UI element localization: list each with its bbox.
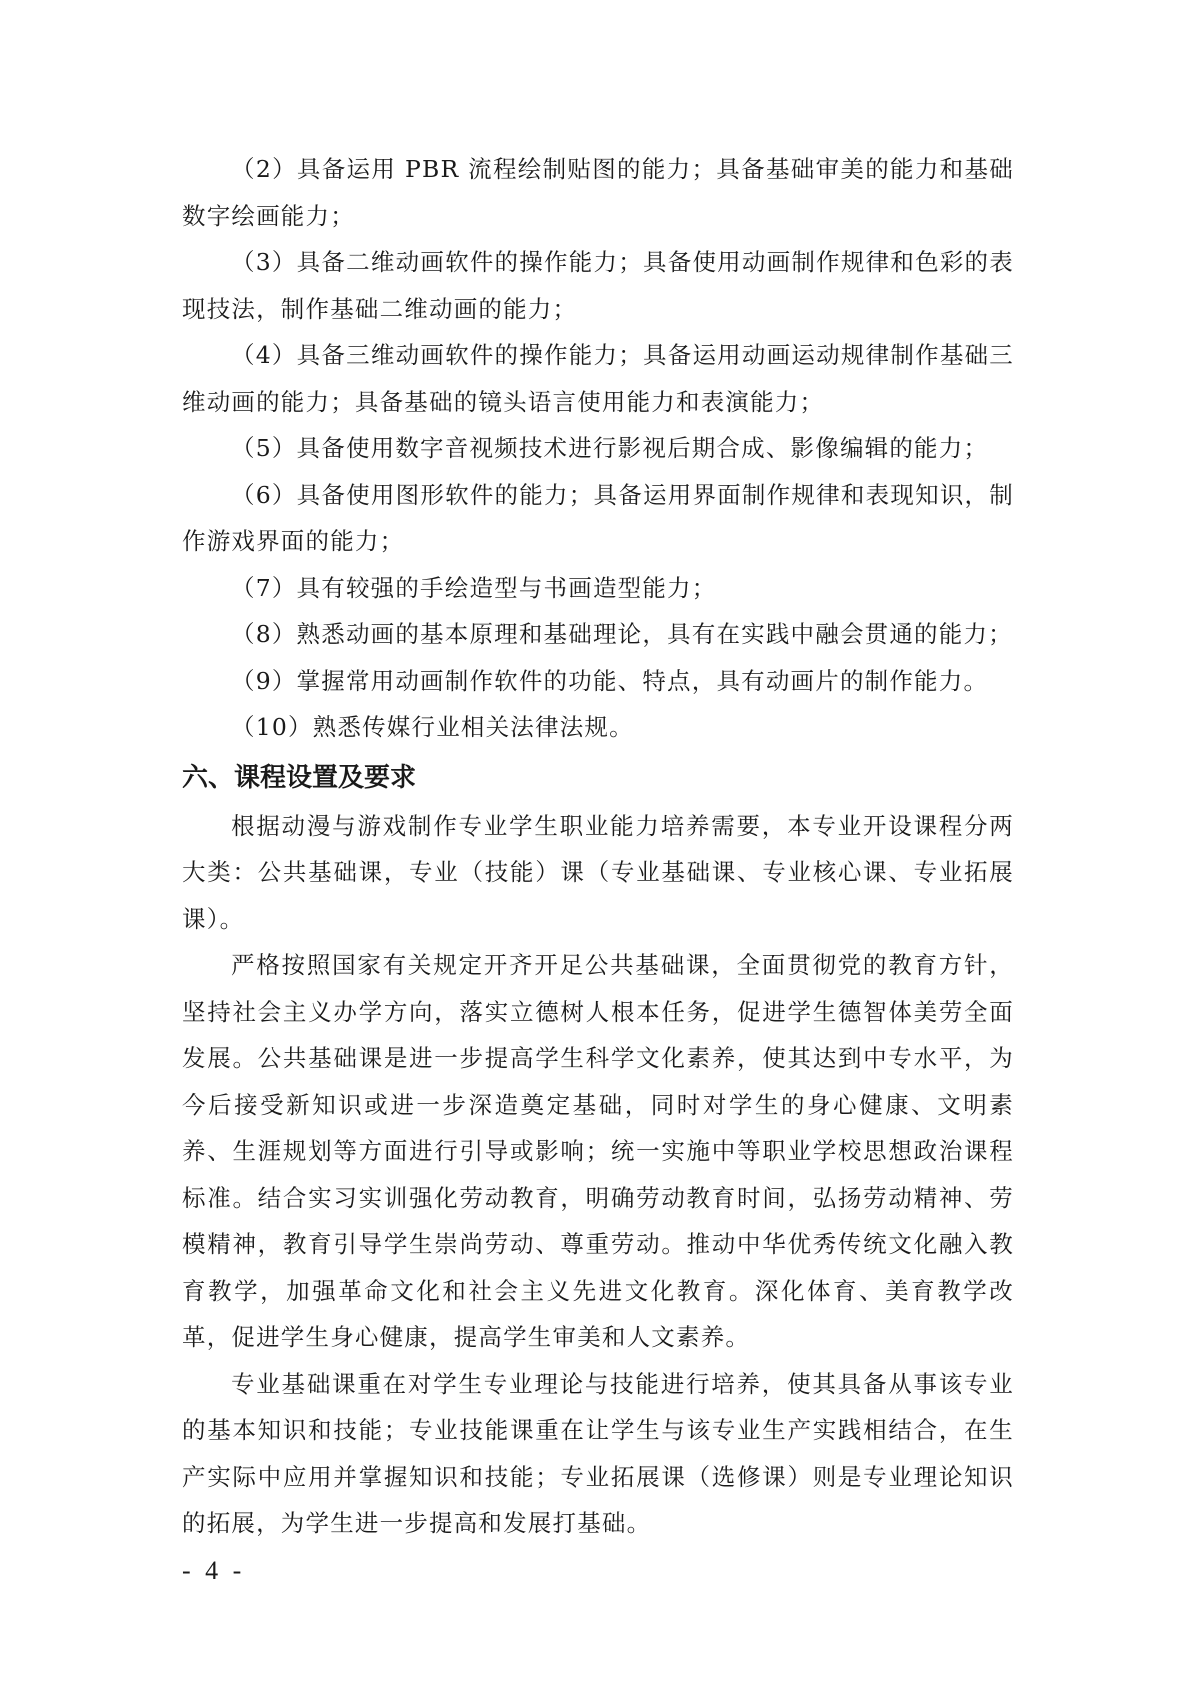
list-item-4: （4）具备三维动画软件的操作能力；具备运用动画运动规律制作基础三维动画的能力；具… [182, 332, 1014, 425]
section-heading: 六、课程设置及要求 [182, 753, 1014, 803]
page-number: - 4 - [182, 1556, 245, 1586]
list-item-8: （8）熟悉动画的基本原理和基础理论，具有在实践中融会贯通的能力； [182, 611, 1014, 658]
paragraph-public-foundation: 严格按照国家有关规定开齐开足公共基础课，全面贯彻党的教育方针，坚持社会主义办学方… [182, 942, 1014, 1361]
list-item-10: （10）熟悉传媒行业相关法律法规。 [182, 704, 1014, 751]
list-item-2: （2）具备运用 PBR 流程绘制贴图的能力；具备基础审美的能力和基础数字绘画能力… [182, 146, 1014, 239]
list-item-9: （9）掌握常用动画制作软件的功能、特点，具有动画片的制作能力。 [182, 658, 1014, 705]
list-item-3: （3）具备二维动画软件的操作能力；具备使用动画制作规律和色彩的表现技法，制作基础… [182, 239, 1014, 332]
list-item-5: （5）具备使用数字音视频技术进行影视后期合成、影像编辑的能力； [182, 425, 1014, 472]
paragraph-course-categories: 根据动漫与游戏制作专业学生职业能力培养需要，本专业开设课程分两大类：公共基础课，… [182, 803, 1014, 943]
paragraph-professional-courses: 专业基础课重在对学生专业理论与技能进行培养，使其具备从事该专业的基本知识和技能；… [182, 1361, 1014, 1547]
list-item-6: （6）具备使用图形软件的能力；具备运用界面制作规律和表现知识，制作游戏界面的能力… [182, 472, 1014, 565]
document-page: （2）具备运用 PBR 流程绘制贴图的能力；具备基础审美的能力和基础数字绘画能力… [182, 146, 1014, 1547]
list-item-7: （7）具有较强的手绘造型与书画造型能力； [182, 565, 1014, 612]
